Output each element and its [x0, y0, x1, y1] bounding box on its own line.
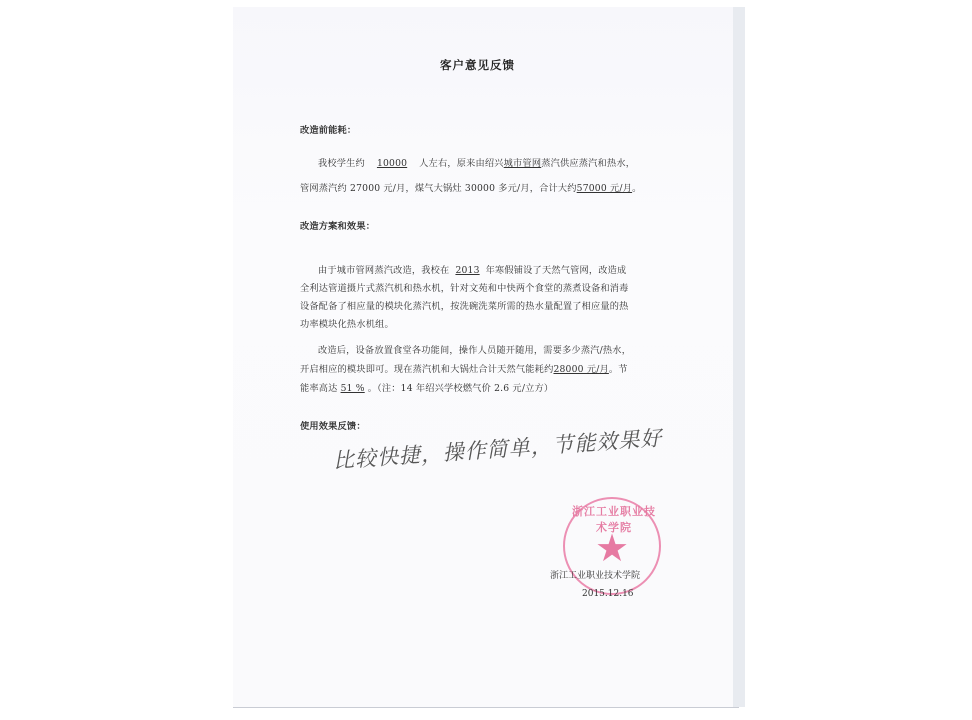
text: 能率高达	[300, 383, 338, 394]
paragraph-line: 设备配备了相应量的模块化蒸汽机，按洗碗洗菜所需的热水量配置了相应量的热	[300, 298, 629, 312]
paragraph-line: 改造后，设备放置食堂各功能间，操作人员随开随用，需要多少蒸汽/热水，	[318, 342, 631, 356]
paragraph-line: 功率模块化热水机组。	[300, 316, 394, 330]
document-page	[233, 7, 733, 707]
document-title: 客户意见反馈	[440, 57, 515, 73]
text: 由于城市管网蒸汽改造，我校在	[318, 265, 449, 276]
paragraph-line: 管网蒸汽约 27000 元/月，煤气大锅灶 30000 多元/月，合计大约570…	[300, 180, 641, 194]
year: 2013	[449, 265, 485, 276]
text: 年寒假铺设了天然气管网，改造成	[486, 265, 627, 276]
section-heading-plan: 改造方案和效果：	[300, 218, 375, 232]
text: 管网蒸汽约 27000 元/月，煤气大锅灶 30000 多元/月，合计大约	[300, 183, 577, 194]
cost-after: 28000 元/月	[553, 364, 608, 375]
page-edge	[733, 7, 745, 707]
paragraph-line: 由于城市管网蒸汽改造，我校在2013年寒假铺设了天然气管网，改造成	[318, 262, 626, 276]
star-icon: ★	[595, 529, 629, 567]
text: 我校学生约	[318, 158, 365, 169]
section-heading-before: 改造前能耗：	[300, 122, 356, 136]
text: 开启相应的模块即可。现在蒸汽机和大锅灶合计天然气能耗约	[300, 364, 553, 375]
text: 蒸汽供应蒸汽和热水，	[541, 158, 635, 169]
page-bottom-edge	[233, 707, 739, 708]
signature-date: 2015.12.16	[582, 589, 634, 599]
section-heading-feedback: 使用效果反馈：	[300, 418, 366, 432]
total-cost: 57000 元/月	[577, 183, 632, 194]
saving-rate: 51 %	[338, 383, 368, 394]
text: 。（注：14 年绍兴学校燃气价 2.6 元/立方）	[368, 383, 554, 394]
paragraph-line: 开启相应的模块即可。现在蒸汽机和大锅灶合计天然气能耗约28000 元/月。节	[300, 361, 628, 375]
signature-organization: 浙江工业职业技术学院	[550, 568, 640, 581]
underlined-text: 城市管网	[504, 158, 542, 169]
paragraph-line: 我校学生约10000人左右，原来由绍兴城市管网蒸汽供应蒸汽和热水，	[318, 155, 635, 169]
text: 。节	[609, 364, 628, 375]
paragraph-line: 能率高达51 %。（注：14 年绍兴学校燃气价 2.6 元/立方）	[300, 380, 553, 394]
students-count: 10000	[365, 158, 419, 169]
paragraph-line: 全利达管道摄片式蒸汽机和热水机，针对文苑和中快两个食堂的蒸煮设备和消毒	[300, 280, 629, 294]
text: 人左右，原来由绍兴	[419, 158, 504, 169]
text: 。	[632, 183, 641, 194]
